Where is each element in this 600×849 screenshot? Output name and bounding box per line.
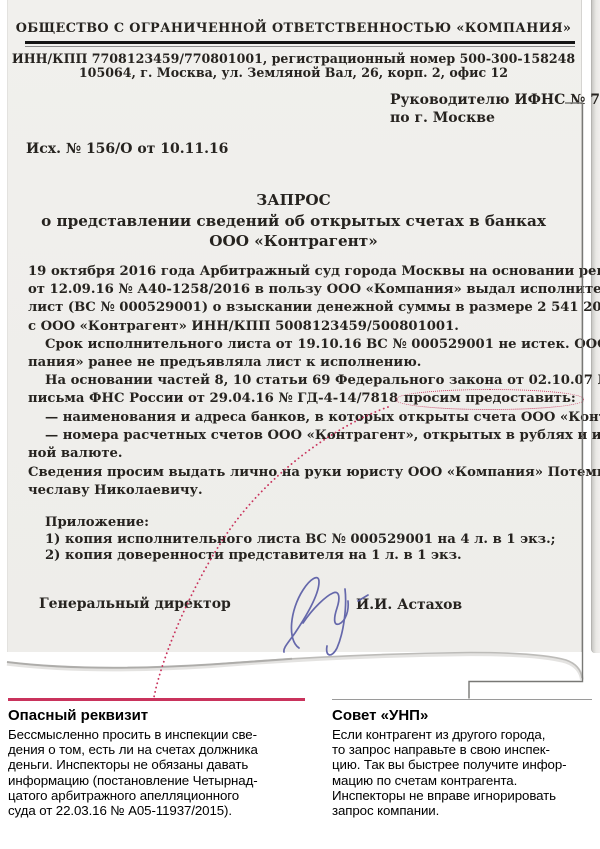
title-line2: о представлении сведений об открытых сче…	[7, 211, 580, 232]
body-line: чеславу Николаевичу.	[28, 482, 566, 500]
signer-role: Генеральный директор	[39, 596, 231, 612]
company-address-line: 105064, г. Москва, ул. Земляной Вал, 26,…	[7, 65, 580, 80]
annotation-line: суда от 22.03.16 № А05-11937/2015).	[8, 803, 308, 818]
annotation-line: мацию по счетам контрагента.	[332, 773, 600, 788]
addressee-block: Руководителю ИФНС № 7 по г. Москве	[390, 92, 600, 127]
title-line1: ЗАПРОС	[7, 190, 580, 211]
body-line: с ООО «Контрагент» ИНН/КПП 5008123459/50…	[28, 318, 566, 336]
body-line: ной валюте.	[28, 445, 566, 463]
title-line3: ООО «Контрагент»	[7, 231, 580, 252]
annotation-line: запрос компании.	[332, 803, 600, 818]
edge-dark-shadow	[7, 659, 292, 668]
body-line: — номера расчетных счетов ООО «Контраген…	[28, 427, 566, 445]
left-annotation-rule	[8, 698, 305, 701]
outgoing-reference: Исх. № 156/О от 10.11.16	[26, 141, 228, 157]
edge-line	[7, 653, 582, 679]
letter-body: 19 октября 2016 года Арбитражный суд гор…	[28, 263, 566, 565]
company-name: ОБЩЕСТВО С ОГРАНИЧЕННОЙ ОТВЕТСТВЕННОСТЬЮ…	[7, 21, 580, 36]
annotation-line: деньги. Инспекторы не обязаны давать	[8, 757, 308, 772]
edge-soft-shadow	[7, 654, 582, 680]
attachment-line: 2) копия доверенности представителя на 1…	[28, 548, 566, 565]
annotation-danger-title: Опасный реквизит	[8, 707, 308, 724]
annotation-advice-title: Совет «УНП»	[332, 707, 600, 724]
annotation-line: цию. Так вы быстрее получите инфор-	[332, 757, 600, 772]
body-line: 19 октября 2016 года Арбитражный суд гор…	[28, 263, 566, 281]
annotation-line: то запрос направьте в свою инспек-	[332, 742, 600, 757]
annotation-line: цатого арбитражного апелляционного	[8, 788, 308, 803]
signer-name: И.И. Астахов	[356, 597, 462, 613]
annotation-line: Бессмысленно просить в инспекции све-	[8, 727, 308, 742]
personal-delivery-paragraph: Сведения просим выдать лично на руки юри…	[28, 464, 566, 500]
request-line: письма ФНС России от 29.04.16 № ГД-4-14/…	[28, 390, 566, 408]
addressee-line1: Руководителю ИФНС № 7	[390, 92, 600, 110]
right-annotation-rule	[332, 699, 592, 700]
magazine-document-page: { "colors": { "accent_red": "#c9335c", "…	[0, 0, 600, 849]
body-line: от 12.09.16 № А40-1258/2016 в пользу ООО…	[28, 281, 566, 299]
white-mask	[0, 653, 600, 697]
body-list-items: — наименования и адреса банков, в которы…	[28, 409, 566, 464]
body-line: лист (ВС № 000529001) о взыскании денежн…	[28, 299, 566, 317]
annotation-line: дения о том, есть ли на счетах должника	[8, 742, 308, 757]
body-line: пания» ранее не предъявляла лист к испол…	[28, 354, 566, 372]
annotation-line: Если контрагент из другого города,	[332, 727, 600, 742]
body-line: Сведения просим выдать лично на руки юри…	[28, 464, 566, 482]
annotation-danger: Опасный реквизит Бессмысленно просить в …	[8, 707, 308, 818]
annotation-advice-body: Если контрагент из другого города,то зап…	[332, 727, 600, 818]
body-line: — наименования и адреса банков, в которы…	[28, 409, 566, 427]
attachments-block: Приложение:1) копия исполнительного лист…	[28, 515, 566, 565]
letterhead-rule-thin	[25, 46, 575, 47]
document-title: ЗАПРОС о представлении сведений об откры…	[7, 190, 580, 252]
request-prefix: письма ФНС России от 29.04.16 № ГД-4-14/…	[28, 391, 403, 406]
letterhead-rule-thick	[25, 41, 575, 44]
addressee-line2: по г. Москве	[390, 110, 600, 128]
body-line: Срок исполнительного листа от 19.10.16 В…	[28, 336, 566, 354]
annotation-line: информацию (постановление Четырнад-	[8, 773, 308, 788]
body-paragraphs-a: 19 октября 2016 года Арбитражный суд гор…	[28, 263, 566, 390]
circled-phrase: просим предоставить:	[396, 389, 584, 410]
attachment-line: Приложение:	[28, 515, 566, 532]
annotation-line: Инспекторы не вправе игнорировать	[332, 788, 600, 803]
annotation-advice: Совет «УНП» Если контрагент из другого г…	[332, 707, 600, 818]
attachment-line: 1) копия исполнительного листа ВС № 0005…	[28, 532, 566, 549]
body-line: На основании частей 8, 10 статьи 69 Феде…	[28, 372, 566, 390]
annotation-danger-body: Бессмысленно просить в инспекции све-ден…	[8, 727, 308, 818]
